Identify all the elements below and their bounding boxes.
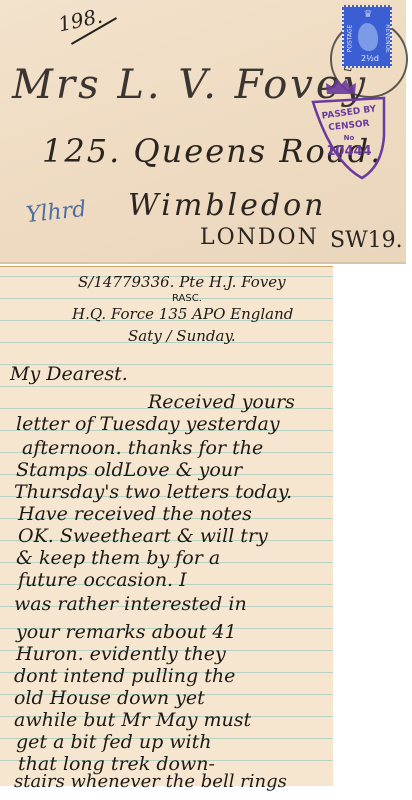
censor-line-3: No (312, 134, 386, 142)
letter-line: Stamps oldLove & your (16, 459, 242, 481)
letter-line: future occasion. I (18, 569, 187, 591)
letter-line: Huron. evidently they (16, 643, 226, 665)
letter-line: & keep them by for a (16, 547, 220, 569)
postage-stamp: ♛ POSTAGE REVENUE 2½d (342, 5, 392, 68)
letter-line: was rather interested in (14, 593, 247, 615)
censor-crown-icon (324, 76, 358, 96)
blue-pencil-mark: Ylhrd (25, 197, 88, 228)
letter-line: letter of Tuesday yesterday (16, 413, 280, 435)
crown-icon: ♛ (358, 10, 378, 20)
stamp-right-text: REVENUE (384, 24, 391, 53)
letter-line: dont intend pulling the (14, 665, 235, 687)
unit-line: RASC. (172, 293, 202, 304)
king-portrait-icon (358, 23, 378, 51)
sender-line: S/14779336. Pte H.J. Fovey (78, 273, 286, 291)
recipient-city: LONDON (200, 225, 319, 250)
letter-line: stairs whenever the bell rings (14, 771, 287, 792)
letter-line: old House down yet (14, 687, 205, 709)
envelope: 198. Mrs L. V. Fovey 125. Queens Road. W… (0, 0, 406, 264)
salutation: My Dearest. (10, 363, 128, 385)
recipient-town: Wimbledon (128, 188, 327, 223)
letter-line: your remarks about 41 (16, 621, 237, 643)
letter-line: get a bit fed up with (16, 731, 212, 753)
stamp-left-text: POSTAGE (346, 25, 353, 53)
letter-sheet: S/14779336. Pte H.J. Fovey RASC. H.Q. Fo… (0, 266, 333, 786)
letter-line: Have received the notes (18, 503, 252, 525)
day-line: Saty / Sunday. (128, 327, 236, 345)
censor-number: 10444 (312, 144, 386, 159)
letter-line: OK. Sweetheart & will try (18, 525, 268, 547)
letter-line: Thursday's two letters today. (14, 481, 292, 503)
letter-line: Received yours (148, 391, 295, 413)
recipient-postcode: SW19. (330, 228, 403, 253)
stamp-value: 2½d (361, 54, 379, 63)
reference-number: 198. (56, 4, 105, 37)
letter-line: afternoon. thanks for the (22, 437, 263, 459)
address-line: H.Q. Force 135 APO England (72, 305, 293, 323)
letter-line: awhile but Mr May must (14, 709, 251, 731)
